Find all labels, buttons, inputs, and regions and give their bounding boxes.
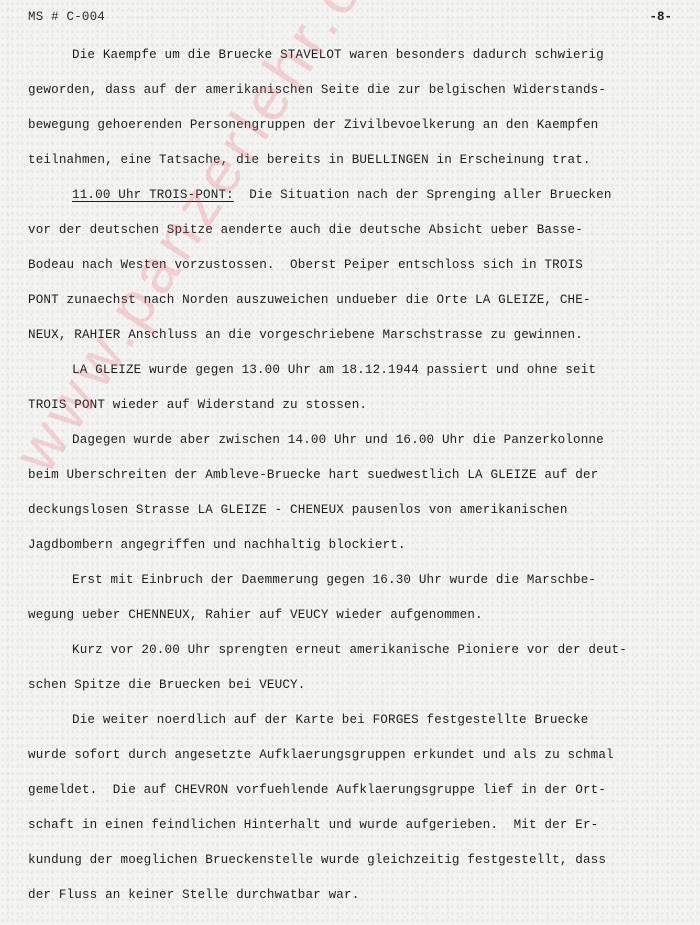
text-line: wurde sofort durch angesetzte Aufklaerun…	[28, 738, 678, 773]
text-line: kundung der moeglichen Brueckenstelle wu…	[28, 843, 678, 878]
manuscript-number: MS # C-004	[28, 10, 105, 24]
line-text: Jagdbombern angegriffen und nachhaltig b…	[28, 538, 406, 552]
line-text: gemeldet. Die auf CHEVRON vorfuehlende A…	[28, 783, 606, 797]
text-line: Dagegen wurde aber zwischen 14.00 Uhr un…	[28, 423, 678, 458]
text-line: Jagdbombern angegriffen und nachhaltig b…	[28, 528, 678, 563]
line-text: PONT zunaechst nach Norden auszuweichen …	[28, 293, 591, 307]
text-line: wegung ueber CHENNEUX, Rahier auf VEUCY …	[28, 598, 678, 633]
text-line: bewegung gehoerenden Personengruppen der…	[28, 108, 678, 143]
text-line: Kurz vor 20.00 Uhr sprengten erneut amer…	[28, 633, 678, 668]
text-line: NEUX, RAHIER Anschluss an die vorgeschri…	[28, 318, 678, 353]
line-text: Kurz vor 20.00 Uhr sprengten erneut amer…	[72, 643, 627, 657]
line-text: Dagegen wurde aber zwischen 14.00 Uhr un…	[72, 433, 604, 447]
page-number: -8-	[649, 10, 672, 24]
document-page: MS # C-004 -8- Die Kaempfe um die Brueck…	[0, 0, 700, 925]
line-text: Erst mit Einbruch der Daemmerung gegen 1…	[72, 573, 596, 587]
line-text: bewegung gehoerenden Personengruppen der…	[28, 118, 598, 132]
line-text: Die Situation nach der Sprenging aller B…	[234, 188, 612, 202]
section-heading: 11.00 Uhr TROIS-PONT:	[72, 188, 234, 202]
line-text: kundung der moeglichen Brueckenstelle wu…	[28, 853, 606, 867]
text-line: vor der deutschen Spitze aenderte auch d…	[28, 213, 678, 248]
line-text: Die weiter noerdlich auf der Karte bei F…	[72, 713, 588, 727]
text-line: PONT zunaechst nach Norden auszuweichen …	[28, 283, 678, 318]
text-line: teilnahmen, eine Tatsache, die bereits i…	[28, 143, 678, 178]
line-text: vor der deutschen Spitze aenderte auch d…	[28, 223, 583, 237]
text-line: LA GLEIZE wurde gegen 13.00 Uhr am 18.12…	[28, 353, 678, 388]
text-line: Die Kaempfe um die Bruecke STAVELOT ware…	[28, 38, 678, 73]
line-text: schen Spitze die Bruecken bei VEUCY.	[28, 678, 305, 692]
line-text: geworden, dass auf der amerikanischen Se…	[28, 83, 606, 97]
text-line: schaft in einen feindlichen Hinterhalt u…	[28, 808, 678, 843]
line-text: schaft in einen feindlichen Hinterhalt u…	[28, 818, 598, 832]
page-header: MS # C-004 -8-	[28, 10, 672, 30]
line-text: teilnahmen, eine Tatsache, die bereits i…	[28, 153, 591, 167]
text-line: beim Uberschreiten der Ambleve-Bruecke h…	[28, 458, 678, 493]
text-line: 11.00 Uhr TROIS-PONT: Die Situation nach…	[28, 178, 678, 213]
line-text: LA GLEIZE wurde gegen 13.00 Uhr am 18.12…	[72, 363, 596, 377]
text-line: Die weiter noerdlich auf der Karte bei F…	[28, 703, 678, 738]
text-line: schen Spitze die Bruecken bei VEUCY.	[28, 668, 678, 703]
text-line: deckungslosen Strasse LA GLEIZE - CHENEU…	[28, 493, 678, 528]
line-text: Die Kaempfe um die Bruecke STAVELOT ware…	[72, 48, 604, 62]
text-line: Bodeau nach Westen vorzustossen. Oberst …	[28, 248, 678, 283]
text-line: TROIS PONT wieder auf Widerstand zu stos…	[28, 388, 678, 423]
line-text: deckungslosen Strasse LA GLEIZE - CHENEU…	[28, 503, 568, 517]
line-text: TROIS PONT wieder auf Widerstand zu stos…	[28, 398, 367, 412]
document-body: Die Kaempfe um die Bruecke STAVELOT ware…	[28, 38, 678, 913]
text-line: gemeldet. Die auf CHEVRON vorfuehlende A…	[28, 773, 678, 808]
line-text: wegung ueber CHENNEUX, Rahier auf VEUCY …	[28, 608, 483, 622]
text-line: geworden, dass auf der amerikanischen Se…	[28, 73, 678, 108]
line-text: Bodeau nach Westen vorzustossen. Oberst …	[28, 258, 583, 272]
line-text: beim Uberschreiten der Ambleve-Bruecke h…	[28, 468, 598, 482]
line-text: wurde sofort durch angesetzte Aufklaerun…	[28, 748, 614, 762]
line-text: der Fluss an keiner Stelle durchwatbar w…	[28, 888, 359, 902]
text-line: Erst mit Einbruch der Daemmerung gegen 1…	[28, 563, 678, 598]
line-text: NEUX, RAHIER Anschluss an die vorgeschri…	[28, 328, 583, 342]
text-line: der Fluss an keiner Stelle durchwatbar w…	[28, 878, 678, 913]
